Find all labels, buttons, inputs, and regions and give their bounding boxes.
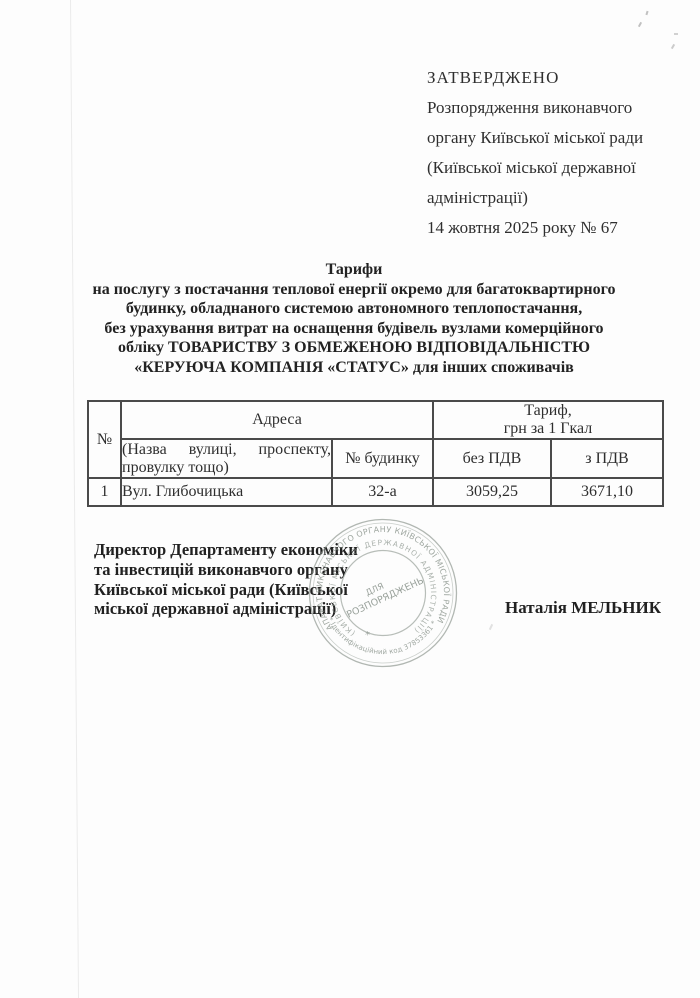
scan-speck	[671, 44, 675, 49]
title-line: без урахування витрат на оснащення будів…	[40, 319, 668, 339]
signer-name: Наталія МЕЛЬНИК	[505, 598, 661, 618]
col-subheader-no-vat: без ПДВ	[433, 439, 551, 478]
col-subheader-building: № будинку	[332, 439, 433, 478]
document-page: ЗАТВЕРДЖЕНО Розпорядження виконавчого ор…	[0, 0, 700, 998]
stamp-seal: АПАРАТ ВИКОНАВЧОГО ОРГАНУ КИЇВСЬКОЇ МІСЬ…	[303, 513, 463, 673]
cell-street: Вул. Глибочицька	[121, 478, 332, 506]
stamp-center-text-line2: РОЗПОРЯДЖЕНЬ	[345, 575, 425, 620]
col-header-num: №	[88, 401, 121, 478]
scan-fold-line	[70, 0, 79, 998]
title-line: обліку ТОВАРИСТВУ З ОБМЕЖЕНОЮ ВІДПОВІДАЛ…	[40, 338, 668, 358]
col-header-address: Адреса	[121, 401, 433, 439]
scan-speck	[674, 33, 678, 35]
approval-date-number: 14 жовтня 2025 року № 67	[427, 213, 677, 243]
approval-line: адміністрації)	[427, 183, 677, 213]
cell-building: 32-а	[332, 478, 433, 506]
table-row: 1 Вул. Глибочицька 32-а 3059,25 3671,10	[88, 478, 663, 506]
cell-with-vat: 3671,10	[551, 478, 663, 506]
title-line: «КЕРУЮЧА КОМПАНІЯ «СТАТУС» для інших спо…	[40, 358, 668, 378]
scan-speck	[489, 624, 493, 630]
col-subheader-with-vat: з ПДВ	[551, 439, 663, 478]
approval-line: Розпорядження виконавчого	[427, 93, 677, 123]
approval-line: (Київської міської державної	[427, 153, 677, 183]
stamp-star: *	[365, 630, 370, 641]
tariff-table: № Адреса Тариф, грн за 1 Гкал (Назва вул…	[87, 400, 664, 507]
title-line: Тарифи	[40, 260, 668, 280]
scan-speck	[638, 22, 642, 27]
approval-line: органу Київської міської ради	[427, 123, 677, 153]
cell-no-vat: 3059,25	[433, 478, 551, 506]
tariff-header-line: грн за 1 Гкал	[434, 420, 662, 438]
col-header-tariff: Тариф, грн за 1 Гкал	[433, 401, 663, 439]
tariff-header-line: Тариф,	[434, 402, 662, 420]
approval-heading: ЗАТВЕРДЖЕНО	[427, 63, 677, 93]
title-line: на послугу з постачання теплової енергії…	[40, 280, 668, 300]
cell-num: 1	[88, 478, 121, 506]
approval-block: ЗАТВЕРДЖЕНО Розпорядження виконавчого ор…	[427, 63, 677, 243]
title-line: будинку, обладнаного системою автономног…	[40, 299, 668, 319]
scan-speck	[645, 11, 648, 15]
document-title: Тарифи на послугу з постачання теплової …	[40, 260, 668, 378]
col-subheader-street: (Назва вулиці, проспекту, провулку тощо)	[121, 439, 332, 478]
